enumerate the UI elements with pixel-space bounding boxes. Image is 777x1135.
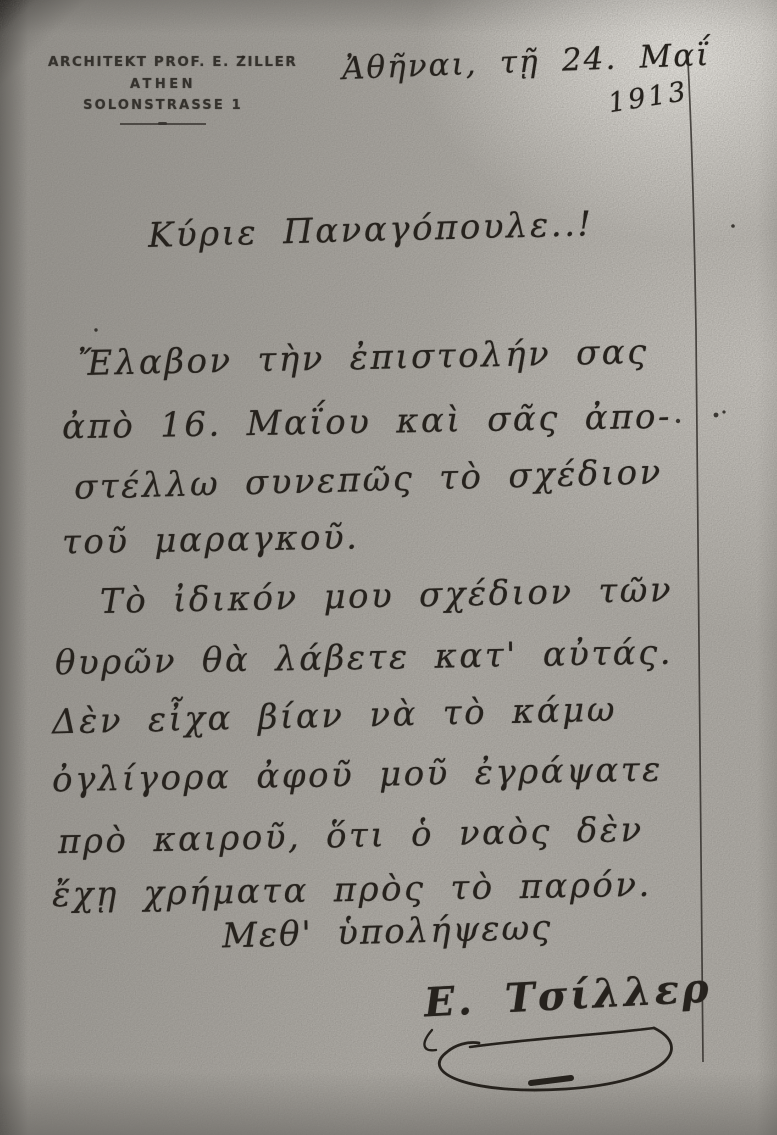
dateline-year: 1913 — [606, 76, 691, 119]
page-fold-line — [688, 62, 703, 1062]
body-line-2: ἀπὸ 16. Μαΐου καὶ σᾶς ἀπο- — [62, 397, 673, 448]
letterhead-name: ARCHITEKT PROF. E. ZILLER — [48, 54, 278, 70]
paper-grain-texture — [0, 0, 777, 1135]
signature-flourish — [424, 1028, 671, 1090]
letterhead: ARCHITEKT PROF. E. ZILLER ATHEN SOLONSTR… — [48, 54, 278, 125]
body-line-8: ὀγλίγορα ἀφοῦ μοῦ ἐγράψατε — [52, 750, 663, 801]
body-line-4: τοῦ μαραγκοῦ. — [62, 517, 360, 562]
closing-salute: Μεθ' ὑπολήψεως — [222, 908, 553, 957]
body-line-1: Ἔλαβον τὴν ἐπιστολήν σας — [78, 332, 649, 384]
body-line-9: πρὸ καιροῦ, ὅτι ὁ ναὸς δὲν — [58, 810, 644, 862]
letterhead-street: SOLONSTRASSE 1 — [48, 98, 278, 113]
body-line-3: στέλλω συνεπῶς τὸ σχέδιον — [74, 452, 664, 507]
salutation: Κύριε Παναγόπουλε..! — [148, 204, 594, 256]
body-line-6: θυρῶν θὰ λάβετε κατ' αὐτάς. — [55, 633, 674, 684]
letterhead-divider — [120, 122, 206, 125]
letterhead-city: ATHEN — [48, 77, 278, 92]
body-line-5: Τὸ ἰδικόν μου σχέδιον τῶν — [100, 570, 674, 622]
ink-overlay — [0, 0, 777, 1135]
signature-name: Ε. Τσίλλερ — [423, 965, 713, 1027]
body-line-7: Δὲν εἶχα βίαν νὰ τὸ κάμω — [52, 690, 618, 743]
letter-photo: ARCHITEKT PROF. E. ZILLER ATHEN SOLONSTR… — [0, 0, 777, 1135]
body-line-10: ἔχῃ χρήματα πρὸς τὸ παρόν. — [52, 865, 652, 915]
